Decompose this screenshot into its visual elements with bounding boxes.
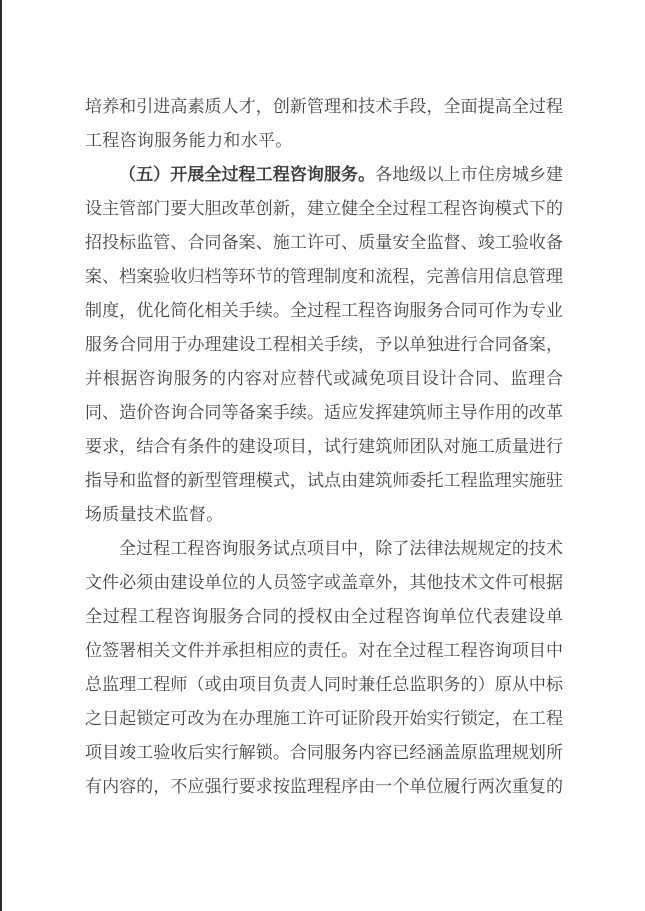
text-line: 总监理工程师（或由项目负责人同时兼任总监职务的）原从中标 <box>85 668 563 702</box>
text-line: 全过程工程咨询服务合同的授权由全过程咨询单位代表建设单 <box>85 600 563 634</box>
text-line: 项目竣工验收后实行解锁。合同服务内容已经涵盖原监理规划所 <box>85 736 563 770</box>
document-page: 培养和引进高素质人才，创新管理和技术手段，全面提高全过程工程咨询服务能力和水平。… <box>0 0 645 911</box>
text-line: 招投标监管、合同备案、施工许可、质量安全监督、竣工验收备 <box>85 226 563 260</box>
text-line: （五）开展全过程工程咨询服务。各地级以上市住房城乡建 <box>85 158 563 192</box>
text-line: 设主管部门要大胆改革创新，建立健全全过程工程咨询模式下的 <box>85 192 563 226</box>
text-line: 有内容的，不应强行要求按监理程序由一个单位履行两次重复的 <box>85 770 563 804</box>
text-line: 全过程工程咨询服务试点项目中，除了法律法规规定的技术 <box>85 532 563 566</box>
document-body-text: 培养和引进高素质人才，创新管理和技术手段，全面提高全过程工程咨询服务能力和水平。… <box>85 90 563 804</box>
text-line: 并根据咨询服务的内容对应替代或减免项目设计合同、监理合 <box>85 362 563 396</box>
text-line: 指导和监督的新型管理模式，试点由建筑师委托工程监理实施驻 <box>85 464 563 498</box>
text-line: 服务合同用于办理建设工程相关手续，予以单独进行合同备案， <box>85 328 563 362</box>
text-line: 场质量技术监督。 <box>85 498 563 532</box>
section-heading: （五）开展全过程工程咨询服务。 <box>119 165 375 184</box>
text-line: 位签署相关文件并承担相应的责任。对在全过程工程咨询项目中 <box>85 634 563 668</box>
text-line: 培养和引进高素质人才，创新管理和技术手段，全面提高全过程 <box>85 90 563 124</box>
text-line: 文件必须由建设单位的人员签字或盖章外，其他技术文件可根据 <box>85 566 563 600</box>
text-line: 案、档案验收归档等环节的管理制度和流程，完善信用信息管理 <box>85 260 563 294</box>
text-line: 同、造价咨询合同等备案手续。适应发挥建筑师主导作用的改革 <box>85 396 563 430</box>
paragraph-continuation: 培养和引进高素质人才，创新管理和技术手段，全面提高全过程工程咨询服务能力和水平。 <box>85 90 563 158</box>
paragraph-section-5: （五）开展全过程工程咨询服务。各地级以上市住房城乡建设主管部门要大胆改革创新，建… <box>85 158 563 532</box>
text-line: 工程咨询服务能力和水平。 <box>85 124 563 158</box>
scan-edge-line <box>0 0 2 911</box>
text-line: 要求，结合有条件的建设项目，试行建筑师团队对施工质量进行 <box>85 430 563 464</box>
text-line: 制度，优化简化相关手续。全过程工程咨询服务合同可作为专业 <box>85 294 563 328</box>
text-line: 之日起锁定可改为在办理施工许可证阶段开始实行锁定，在工程 <box>85 702 563 736</box>
paragraph-pilot-projects: 全过程工程咨询服务试点项目中，除了法律法规规定的技术文件必须由建设单位的人员签字… <box>85 532 563 804</box>
